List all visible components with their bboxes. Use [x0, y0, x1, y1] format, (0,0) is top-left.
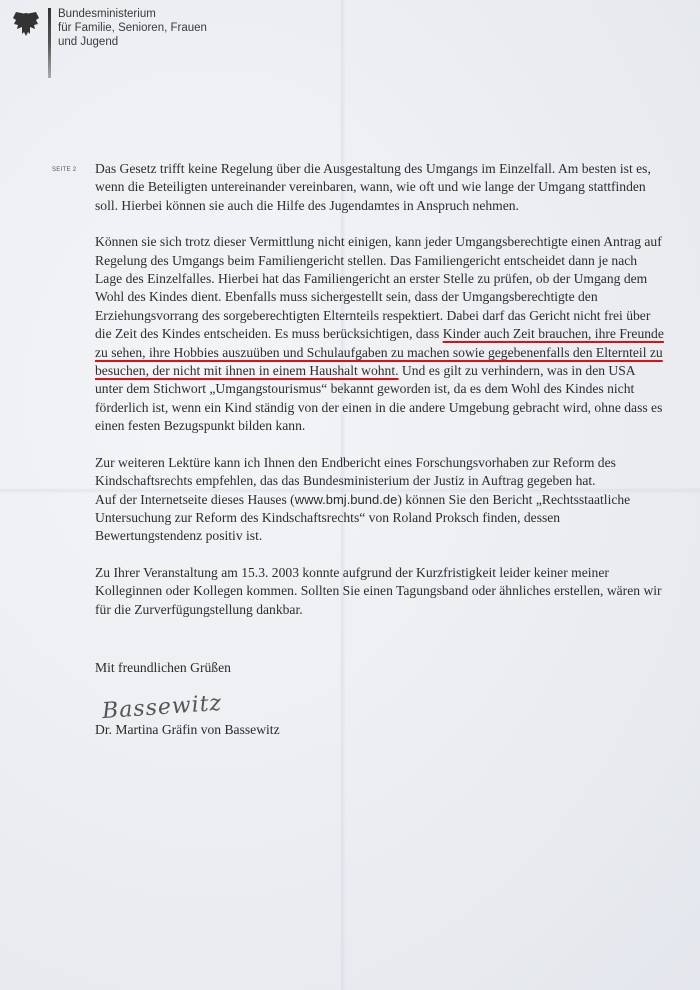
ministry-line: Bundesministerium	[58, 7, 207, 21]
paragraph-4: Auf der Internetseite dieses Hauses (www…	[95, 491, 665, 546]
ministry-line: für Familie, Senioren, Frauen	[58, 21, 207, 35]
page-number-label: SEITE 2	[52, 167, 76, 173]
closing-salutation: Mit freundlichen Grüßen	[95, 660, 231, 676]
paragraph-4-text: Auf der Internetseite dieses Hauses (	[95, 492, 295, 507]
paragraph-5: Zu Ihrer Veranstaltung am 15.3. 2003 kon…	[95, 564, 665, 619]
ministry-name: Bundesministerium für Familie, Senioren,…	[58, 7, 207, 49]
handwritten-signature: Bassewitz	[101, 691, 223, 724]
paragraph-2: Können sie sich trotz dieser Vermittlung…	[95, 233, 665, 435]
paragraph-3: Zur weiteren Lektüre kann ich Ihnen den …	[95, 454, 665, 491]
paragraph-1: Das Gesetz trifft keine Regelung über di…	[95, 160, 665, 215]
website-link[interactable]: www.bmj.bund.de	[295, 492, 398, 507]
ministry-line: und Jugend	[58, 35, 207, 49]
federal-eagle-icon	[10, 8, 42, 38]
signer-name: Dr. Martina Gräfin von Bassewitz	[95, 722, 280, 738]
letter-body: Das Gesetz trifft keine Regelung über di…	[95, 160, 665, 619]
letterhead-divider	[48, 8, 51, 78]
scanned-letter-page: Bundesministerium für Familie, Senioren,…	[0, 0, 700, 990]
